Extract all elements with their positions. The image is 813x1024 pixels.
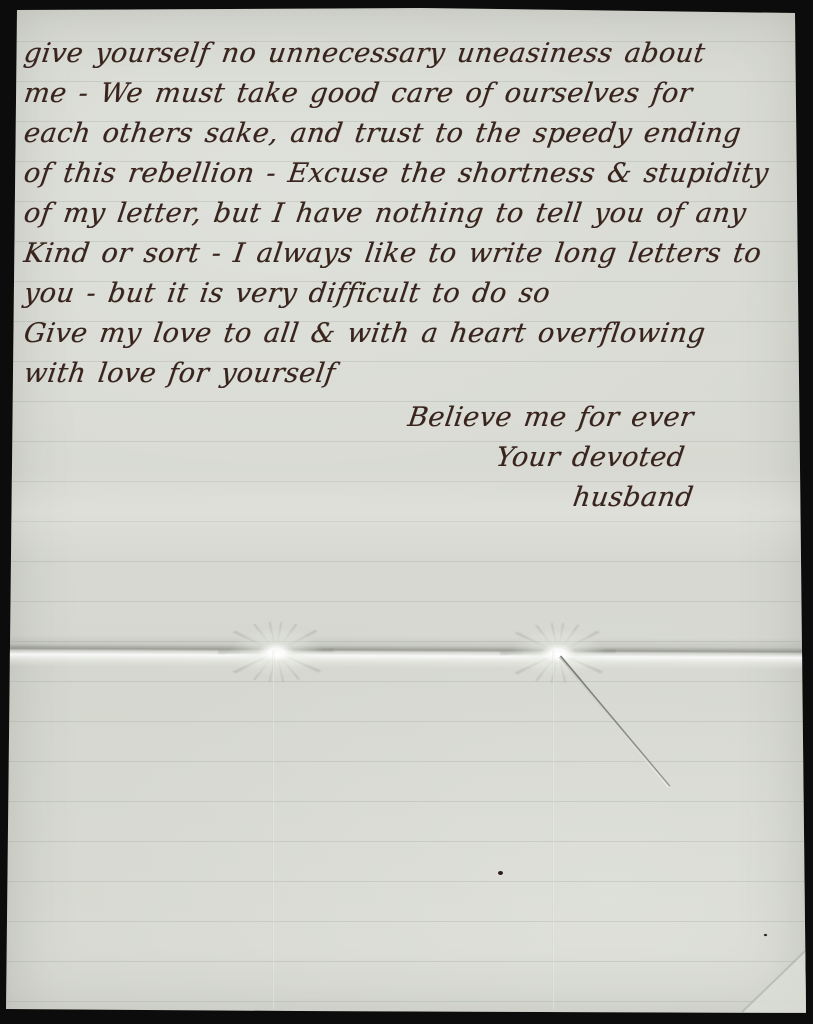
letter-line: you - but it is very difficult to do so bbox=[21, 274, 810, 314]
ink-speck bbox=[764, 934, 767, 936]
letter-line: Give my love to all & with a heart overf… bbox=[21, 314, 810, 354]
letter-line: each others sake, and trust to the speed… bbox=[21, 114, 810, 154]
crease-pucker-right bbox=[500, 623, 616, 683]
crease-pucker-left bbox=[218, 622, 334, 682]
letter-body: give yourself no unnecessary uneasiness … bbox=[24, 34, 807, 394]
letter-line: me - We must take good care of ourselves… bbox=[21, 74, 810, 114]
letter-line: Kind or sort - I always like to write lo… bbox=[21, 234, 810, 274]
letter-line: give yourself no unnecessary uneasiness … bbox=[21, 34, 810, 74]
closing-line: Believe me for ever bbox=[405, 398, 696, 438]
letter-line: of my letter, but I have nothing to tell… bbox=[21, 194, 810, 234]
letter-page: give yourself no unnecessary uneasiness … bbox=[0, 0, 813, 1024]
letter-closing: Believe me for ever Your devoted husband bbox=[408, 398, 693, 518]
letter-line: of this rebellion - Excuse the shortness… bbox=[21, 154, 810, 194]
scan-background: give yourself no unnecessary uneasiness … bbox=[0, 0, 813, 1024]
letter-line: with love for yourself bbox=[21, 354, 810, 394]
signature-line: husband bbox=[570, 478, 696, 518]
closing-line: Your devoted bbox=[493, 438, 696, 478]
vertical-fold-crease-left bbox=[272, 650, 275, 1010]
ink-speck bbox=[498, 871, 503, 875]
horizontal-fold-crease bbox=[0, 634, 813, 670]
vertical-fold-crease-right bbox=[552, 650, 555, 1010]
